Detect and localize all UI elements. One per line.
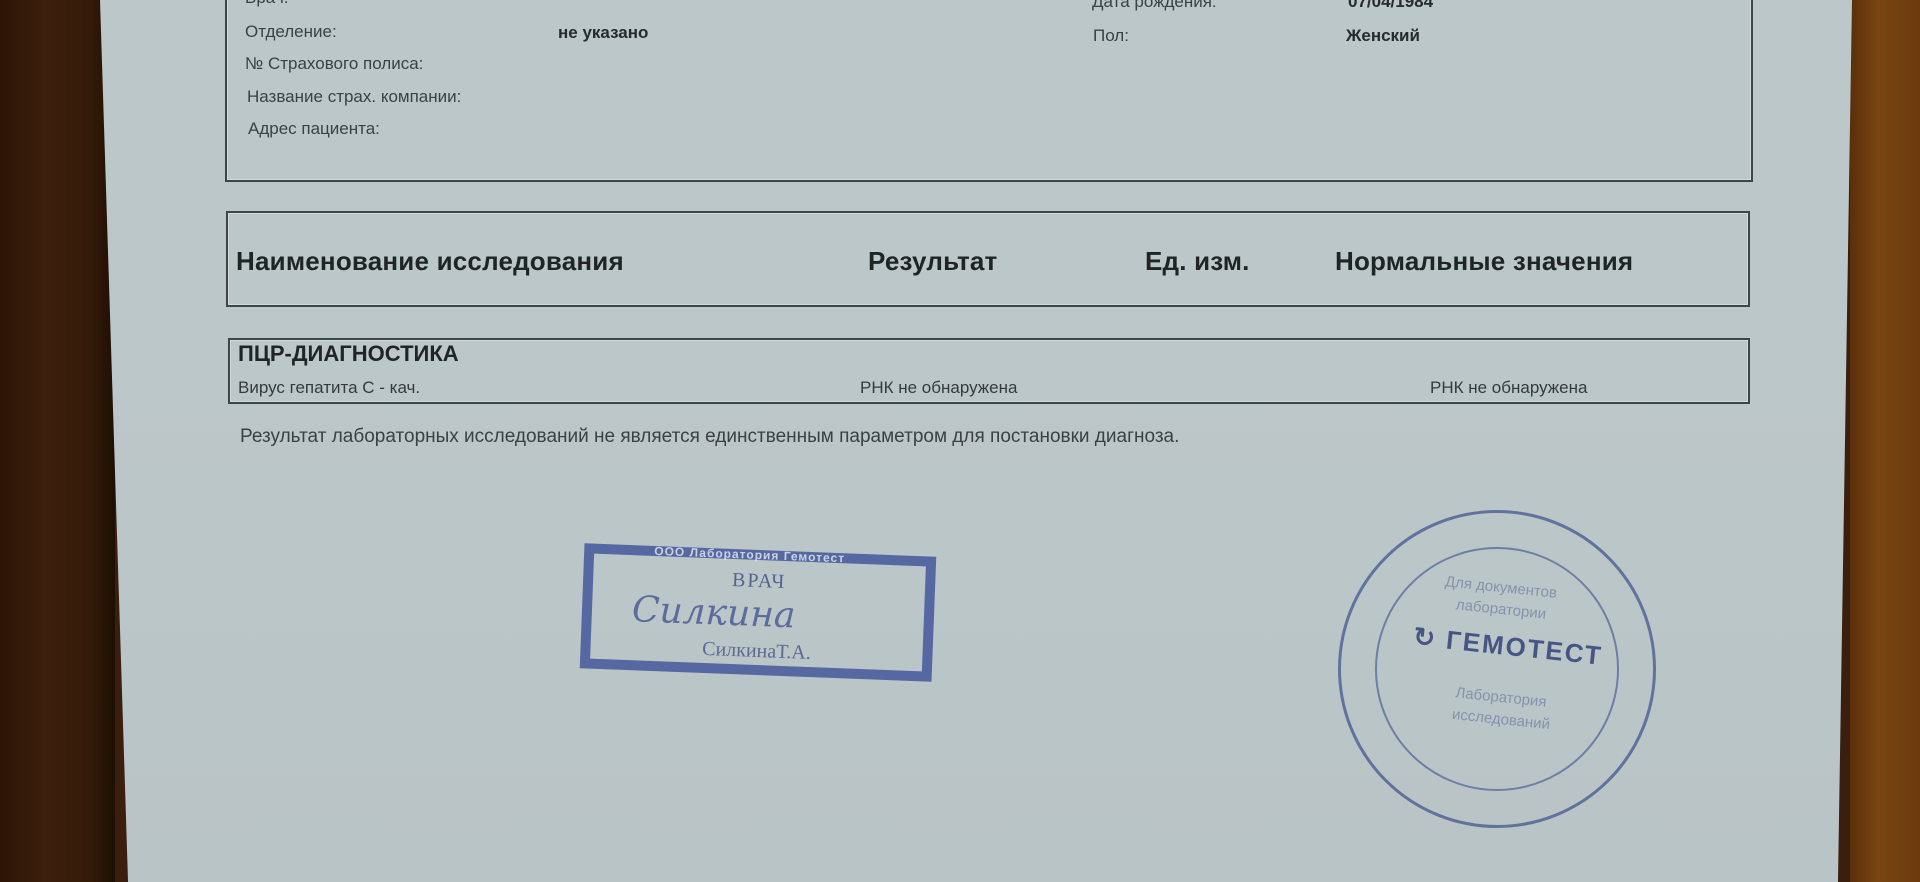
department-label: Отделение: [245,22,337,42]
desk-surface-right [1850,0,1920,882]
test-normal-cell: РНК не обнаружена [1430,378,1587,398]
brand-swirl-icon: ↻ [1412,621,1439,653]
column-header-result: Результат [868,246,998,277]
sex-value: Женский [1346,26,1420,46]
department-value: не указано [558,23,648,43]
stamp-doctor-name: СилкинаТ.А. [590,634,923,670]
signature: Силкина [631,589,796,636]
doctor-stamp: ООО Лаборатория Гемотест ВРАЧ Силкина Си… [580,543,937,681]
test-result-cell: РНК не обнаружена [860,378,1017,398]
patient-address-label: Адрес пациента: [248,119,380,139]
column-header-normal-values: Нормальные значения [1335,246,1633,277]
insurance-company-label: Название страх. компании: [247,87,461,107]
column-header-unit: Ед. изм. [1145,246,1250,277]
birth-date-value: 07/04/1984 [1348,0,1433,12]
desk-surface-left [0,0,115,882]
insurance-policy-label: № Страхового полиса: [245,54,423,74]
disclaimer-text: Результат лабораторных исследований не я… [240,426,1179,448]
column-header-test-name: Наименование исследования [236,246,624,277]
section-title: ПЦР-ДИАГНОСТИКА [238,341,459,367]
sex-label: Пол: [1093,26,1129,46]
doctor-label: Врач: [245,0,288,8]
round-lab-stamp: Для документов лаборатории ↻ ГЕМОТЕСТ Ла… [1338,510,1656,828]
test-name-cell: Вирус гепатита С - кач. [238,378,420,398]
birth-date-label: Дата рождения: [1092,0,1217,12]
